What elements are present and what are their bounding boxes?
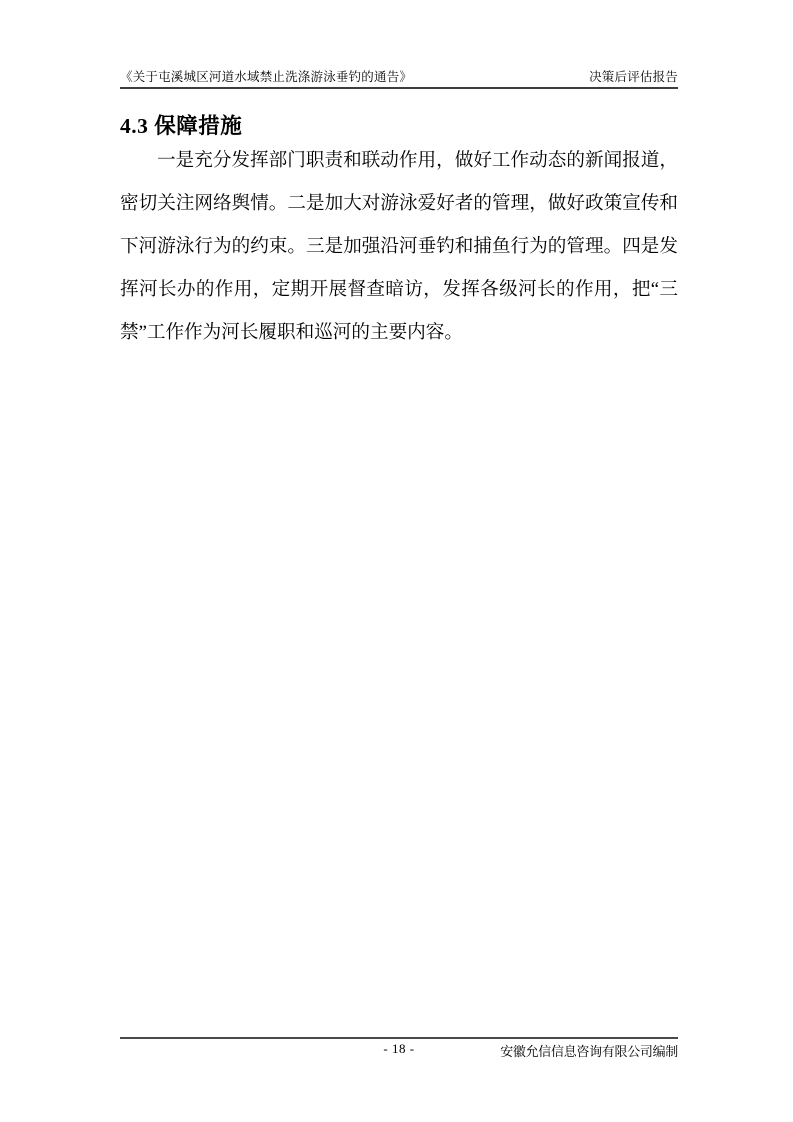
header-document-title: 《关于屯溪城区河道水域禁止洗涤游泳垂钓的通告》 bbox=[120, 67, 412, 85]
paragraph-line: 一是充分发挥部门职责和联动作用，做好工作动态的新闻报道， bbox=[120, 139, 678, 182]
document-page: 《关于屯溪城区河道水域禁止洗涤游泳垂钓的通告》 决策后评估报告 4.3 保障措施… bbox=[0, 0, 793, 1122]
page-footer: - 18 - 安徽允信信息咨询有限公司编制 bbox=[120, 1041, 678, 1059]
paragraph-line: 密切关注网络舆情。二是加大对游泳爱好者的管理，做好政策宣传和 bbox=[120, 182, 678, 225]
page-number: - 18 - bbox=[383, 1041, 414, 1057]
footer-divider bbox=[120, 1037, 678, 1039]
paragraph-line: 禁”工作作为河长履职和巡河的主要内容。 bbox=[120, 311, 678, 354]
header-report-type: 决策后评估报告 bbox=[589, 67, 678, 85]
paragraph-line: 下河游泳行为的约束。三是加强沿河垂钓和捕鱼行为的管理。四是发 bbox=[120, 225, 678, 268]
body-paragraph: 一是充分发挥部门职责和联动作用，做好工作动态的新闻报道， 密切关注网络舆情。二是… bbox=[120, 139, 678, 354]
section-heading: 4.3 保障措施 bbox=[120, 109, 242, 140]
page-header: 《关于屯溪城区河道水域禁止洗涤游泳垂钓的通告》 决策后评估报告 bbox=[120, 66, 678, 89]
paragraph-line: 挥河长办的作用，定期开展督查暗访，发挥各级河长的作用，把“三 bbox=[120, 268, 678, 311]
footer-company-name: 安徽允信信息咨询有限公司编制 bbox=[500, 1041, 678, 1060]
